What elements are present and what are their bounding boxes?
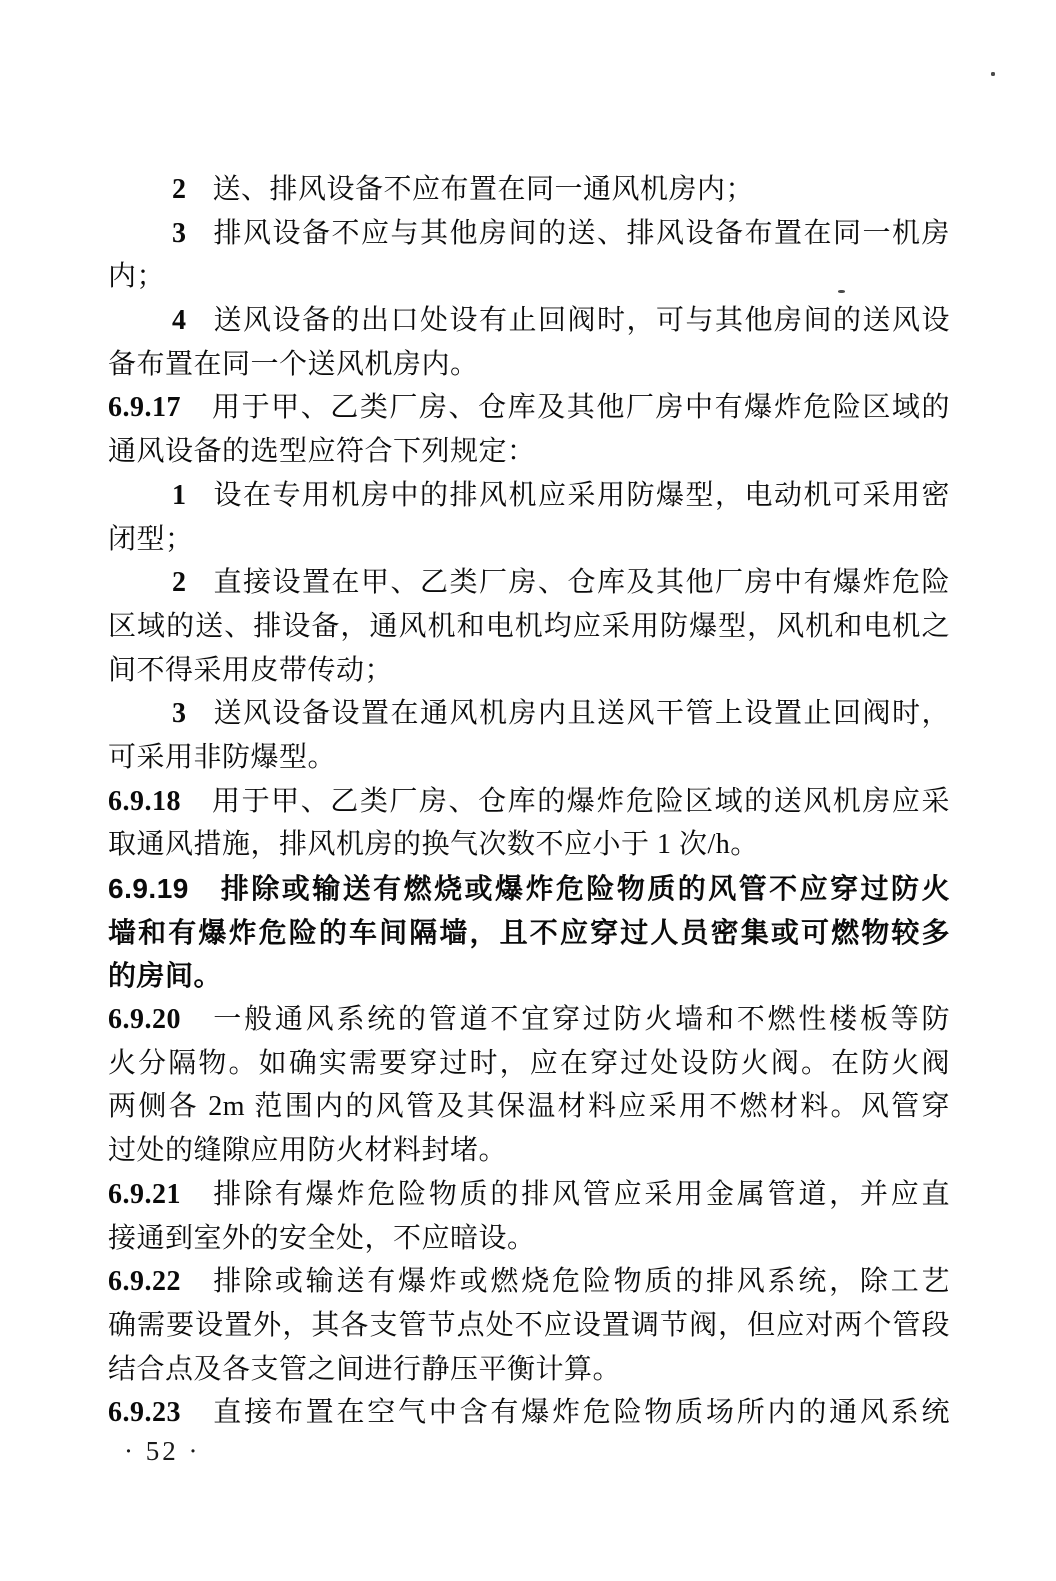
line-text: 内； — [108, 261, 165, 292]
line-text: 排除或输送有爆炸或燃烧危险物质的排风系统，除工艺 — [211, 1266, 950, 1297]
text-line: 6.9.23直接布置在空气中含有爆炸危险物质场所内的通风系统 — [108, 1391, 950, 1435]
clause-number: 6.9.21 — [108, 1179, 181, 1210]
line-text: 间不得采用皮带传动； — [108, 655, 393, 686]
text-line: 3送风设备设置在通风机房内且送风干管上设置止回阀时， — [108, 692, 950, 736]
text-line: 结合点及各支管之间进行静压平衡计算。 — [108, 1348, 950, 1392]
text-line: 6.9.21排除有爆炸危险物质的排风管应采用金属管道，并应直 — [108, 1173, 950, 1217]
item-number: 2 — [172, 174, 187, 205]
text-line: 的房间。 — [108, 954, 950, 998]
line-text: 设在专用机房中的排风机应采用防爆型，电动机可采用密 — [213, 480, 951, 511]
line-text: 一般通风系统的管道不宜穿过防火墙和不燃性楼板等防 — [211, 1004, 950, 1035]
clause-number: 6.9.23 — [108, 1397, 181, 1428]
text-line: 火分隔物。如确实需要穿过时，应在穿过处设防火阀。在防火阀 — [108, 1042, 950, 1086]
text-line: 区域的送、排设备，通风机和电机均应采用防爆型，风机和电机之 — [108, 605, 950, 649]
line-text: 可采用非防爆型。 — [108, 742, 336, 773]
text-line: 2直接设置在甲、乙类厂房、仓库及其他厂房中有爆炸危险 — [108, 561, 950, 605]
line-text: 备布置在同一个送风机房内。 — [108, 349, 479, 380]
text-line: 过处的缝隙应用防火材料封堵。 — [108, 1129, 950, 1173]
clause-number: 6.9.17 — [108, 392, 181, 423]
line-text: 排除或输送有燃烧或爆炸危险物质的风管不应穿过防火 — [219, 873, 950, 904]
line-text: 过处的缝隙应用防火材料封堵。 — [108, 1135, 507, 1166]
line-text: 用于甲、乙类厂房、仓库及其他厂房中有爆炸危险区域的 — [211, 392, 950, 423]
text-line: 6.9.18用于甲、乙类厂房、仓库的爆炸危险区域的送风机房应采 — [108, 780, 950, 824]
line-text: 确需要设置外，其各支管节点处不应设置调节阀，但应对两个管段 — [108, 1310, 950, 1341]
item-number: 3 — [172, 698, 187, 729]
text-line: 确需要设置外，其各支管节点处不应设置调节阀，但应对两个管段 — [108, 1304, 950, 1348]
text-line: 取通风措施，排风机房的换气次数不应小于 1 次/h。 — [108, 823, 950, 867]
line-text: 直接设置在甲、乙类厂房、仓库及其他厂房中有爆炸危险 — [213, 567, 951, 598]
scanned-document-page: 2送、排风设备不应布置在同一通风机房内；3排风设备不应与其他房间的送、排风设备布… — [0, 0, 1056, 1581]
item-number: 2 — [172, 567, 187, 598]
text-line: 通风设备的选型应符合下列规定： — [108, 430, 950, 474]
line-text: 通风设备的选型应符合下列规定： — [108, 436, 536, 467]
item-number: 4 — [172, 305, 187, 336]
text-line: 可采用非防爆型。 — [108, 736, 950, 780]
text-line: 闭型； — [108, 518, 950, 562]
text-line: 墙和有爆炸危险的车间隔墙，且不应穿过人员密集或可燃物较多 — [108, 911, 950, 955]
clause-number: 6.9.19 — [108, 873, 189, 904]
line-text: 两侧各 2m 范围内的风管及其保温材料应采用不燃材料。风管穿 — [108, 1091, 950, 1122]
line-text: 取通风措施，排风机房的换气次数不应小于 1 次/h。 — [108, 829, 759, 860]
text-line: 6.9.17用于甲、乙类厂房、仓库及其他厂房中有爆炸危险区域的 — [108, 386, 950, 430]
line-text: 排风设备不应与其他房间的送、排风设备布置在同一机房 — [213, 218, 951, 249]
line-text: 墙和有爆炸危险的车间隔墙，且不应穿过人员密集或可燃物较多 — [108, 917, 950, 948]
text-line: 两侧各 2m 范围内的风管及其保温材料应采用不燃材料。风管穿 — [108, 1085, 950, 1129]
line-text: 的房间。 — [108, 960, 222, 991]
text-line: 内； — [108, 255, 950, 299]
line-text: 用于甲、乙类厂房、仓库的爆炸危险区域的送风机房应采 — [211, 786, 950, 817]
line-text: 送、排风设备不应布置在同一通风机房内； — [213, 174, 755, 205]
line-text: 区域的送、排设备，通风机和电机均应采用防爆型，风机和电机之 — [108, 611, 950, 642]
text-line: 6.9.22排除或输送有爆炸或燃烧危险物质的排风系统，除工艺 — [108, 1260, 950, 1304]
page-number: · 52 · — [124, 1436, 200, 1467]
text-line: 6.9.19排除或输送有燃烧或爆炸危险物质的风管不应穿过防火 — [108, 867, 950, 911]
text-line: 2送、排风设备不应布置在同一通风机房内； — [108, 168, 950, 212]
text-line: 4送风设备的出口处设有止回阀时，可与其他房间的送风设 — [108, 299, 950, 343]
line-text: 直接布置在空气中含有爆炸危险物质场所内的通风系统 — [211, 1397, 950, 1428]
scan-speck — [991, 72, 995, 76]
clause-number: 6.9.22 — [108, 1266, 181, 1297]
scan-speck — [838, 290, 845, 293]
text-line: 6.9.20一般通风系统的管道不宜穿过防火墙和不燃性楼板等防 — [108, 998, 950, 1042]
line-text: 结合点及各支管之间进行静压平衡计算。 — [108, 1354, 621, 1385]
line-text: 送风设备的出口处设有止回阀时，可与其他房间的送风设 — [213, 305, 951, 336]
text-line: 备布置在同一个送风机房内。 — [108, 343, 950, 387]
line-text: 接通到室外的安全处，不应暗设。 — [108, 1223, 536, 1254]
line-text: 送风设备设置在通风机房内且送风干管上设置止回阀时， — [213, 698, 951, 729]
text-line: 3排风设备不应与其他房间的送、排风设备布置在同一机房 — [108, 212, 950, 256]
clause-number: 6.9.20 — [108, 1004, 181, 1035]
text-line: 1设在专用机房中的排风机应采用防爆型，电动机可采用密 — [108, 474, 950, 518]
item-number: 3 — [172, 218, 187, 249]
line-text: 闭型； — [108, 524, 194, 555]
line-text: 火分隔物。如确实需要穿过时，应在穿过处设防火阀。在防火阀 — [108, 1048, 950, 1079]
line-text: 排除有爆炸危险物质的排风管应采用金属管道，并应直 — [211, 1179, 950, 1210]
clause-number: 6.9.18 — [108, 786, 181, 817]
item-number: 1 — [172, 480, 187, 511]
text-line: 间不得采用皮带传动； — [108, 649, 950, 693]
text-line: 接通到室外的安全处，不应暗设。 — [108, 1217, 950, 1261]
document-content: 2送、排风设备不应布置在同一通风机房内；3排风设备不应与其他房间的送、排风设备布… — [108, 168, 950, 1435]
